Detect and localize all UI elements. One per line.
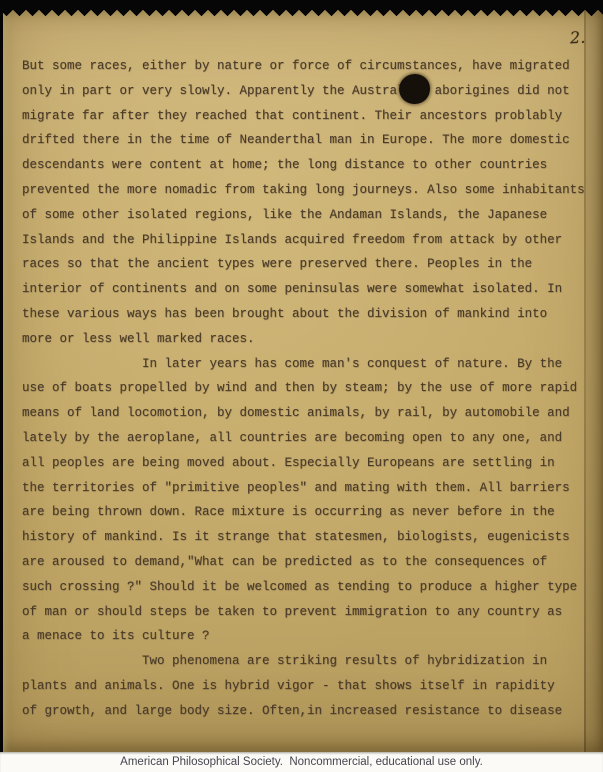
page-number: 2. (569, 28, 585, 48)
typed-line: races so that the ancient types were pre… (22, 252, 595, 277)
typed-line: of some other isolated regions, like the… (22, 203, 595, 228)
typed-line: of man or should steps be taken to preve… (22, 600, 595, 625)
typed-line: all peoples are being moved about. Espec… (22, 451, 595, 476)
typed-line: a menace to its culture ? (22, 624, 595, 649)
typed-line: lately by the aeroplane, all countries a… (22, 426, 595, 451)
typed-line: such crossing ?" Should it be welcomed a… (22, 575, 595, 600)
typed-line: these various ways has been brought abou… (22, 302, 595, 327)
typed-line: But some races, either by nature or forc… (22, 54, 595, 79)
typed-line: only in part or very slowly. Apparently … (22, 79, 595, 104)
typed-line: prevented the more nomadic from taking l… (22, 178, 595, 203)
typed-line: means of land locomotion, by domestic an… (22, 401, 595, 426)
typed-line: drifted there in the time of Neanderthal… (22, 128, 595, 153)
typed-line: are being thrown down. Race mixture is o… (22, 500, 595, 525)
typed-line: more or less well marked races. (22, 327, 595, 352)
typed-line: interior of continents and on some penin… (22, 277, 595, 302)
scanned-document-page: 2. But some races, either by nature or f… (0, 0, 603, 772)
paper: 2. But some races, either by nature or f… (3, 9, 603, 752)
typed-line: Two phenomena are striking results of hy… (22, 649, 595, 674)
torn-edge (0, 0, 603, 16)
typed-line: In later years has come man's conquest o… (22, 352, 595, 377)
typed-text-block: But some races, either by nature or forc… (22, 54, 595, 724)
typed-line: Islands and the Philippine Islands acqui… (22, 228, 595, 253)
typed-line: the territories of "primitive peoples" a… (22, 476, 595, 501)
typed-line: migrate far after they reached that cont… (22, 104, 595, 129)
typed-line: use of boats propelled by wind and then … (22, 376, 595, 401)
typed-line: descendants were content at home; the lo… (22, 153, 595, 178)
ink-blot (399, 74, 430, 104)
footer-caption: American Philosophical Society. Noncomme… (120, 756, 483, 768)
typed-line: history of mankind. Is it strange that s… (22, 525, 595, 550)
footer-bar: American Philosophical Society. Noncomme… (0, 752, 603, 772)
typed-line: plants and animals. One is hybrid vigor … (22, 674, 595, 699)
typed-line: of growth, and large body size. Often,in… (22, 699, 595, 724)
typed-line: are aroused to demand,"What can be predi… (22, 550, 595, 575)
